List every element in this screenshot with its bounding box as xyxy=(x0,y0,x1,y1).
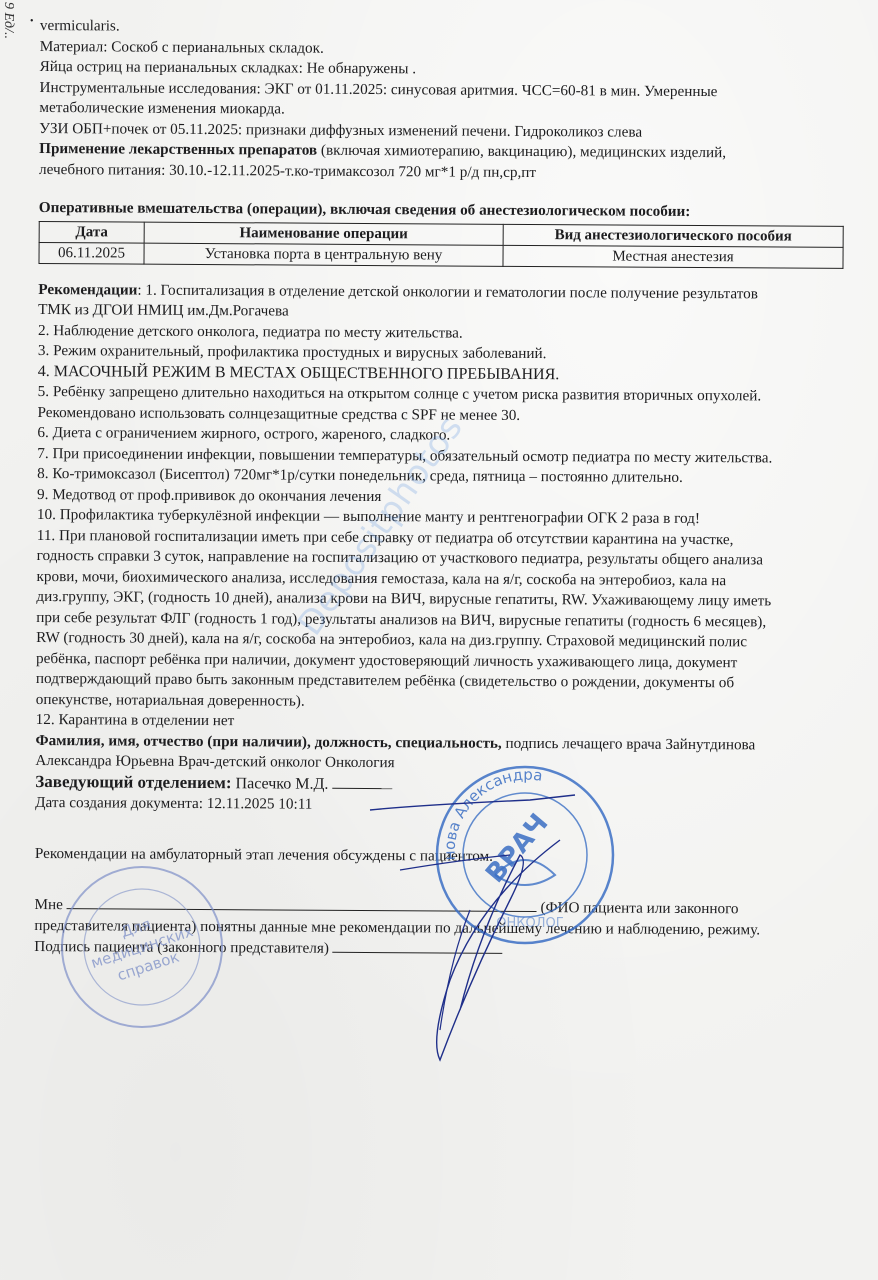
recommendations-section: Рекомендации: 1. Госпитализация в отделе… xyxy=(36,279,854,735)
cell-anesthesia: Местная анестезия xyxy=(503,245,843,268)
head-of-department-label: Заведующий отделением: xyxy=(35,771,231,791)
doctor-label: Фамилия, имя, отчество (при наличии), до… xyxy=(36,731,502,751)
bullet-mark: • xyxy=(30,16,34,27)
medication-label: Применение лекарственных препаратов xyxy=(39,140,317,159)
medication-line-cont: лечебного питания: 30.10.-12.11.2025-т.к… xyxy=(39,159,854,184)
cell-operation: Установка порта в центральную вену xyxy=(144,243,503,266)
cell-date: 06.11.2025 xyxy=(39,242,144,264)
patient-signature-field[interactable] xyxy=(333,938,503,954)
col-header-date: Дата xyxy=(39,221,144,243)
document-body: vermicularis. Материал: Соскоб с периана… xyxy=(34,16,855,962)
patient-name-field[interactable] xyxy=(67,894,537,912)
col-header-anesthesia: Вид анестезиологического пособия xyxy=(503,224,843,247)
recommendations-label: Рекомендации xyxy=(38,280,137,298)
doctor-name: подпись лечащего врача Зайнутдинова xyxy=(502,734,756,753)
col-header-operation: Наименование операции xyxy=(144,222,503,245)
operations-table: Дата Наименование операции Вид анестезио… xyxy=(38,220,843,268)
table-row: 06.11.2025 Установка порта в центральную… xyxy=(39,242,843,268)
created-date: Дата создания документа: 12.11.2025 10:1… xyxy=(35,793,850,818)
edge-fragment-text: 9 Ед/.. xyxy=(0,2,16,39)
discussed-line: Рекомендации на амбулаторный этап лечени… xyxy=(35,843,850,868)
head-signature-line xyxy=(332,773,392,788)
operations-title: Оперативные вмешательства (операции), вк… xyxy=(39,198,854,223)
head-of-department-name: Пасечко М.Д. xyxy=(232,775,329,793)
medication-text: (включая химиотерапию, вакцинацию), меди… xyxy=(317,142,726,161)
